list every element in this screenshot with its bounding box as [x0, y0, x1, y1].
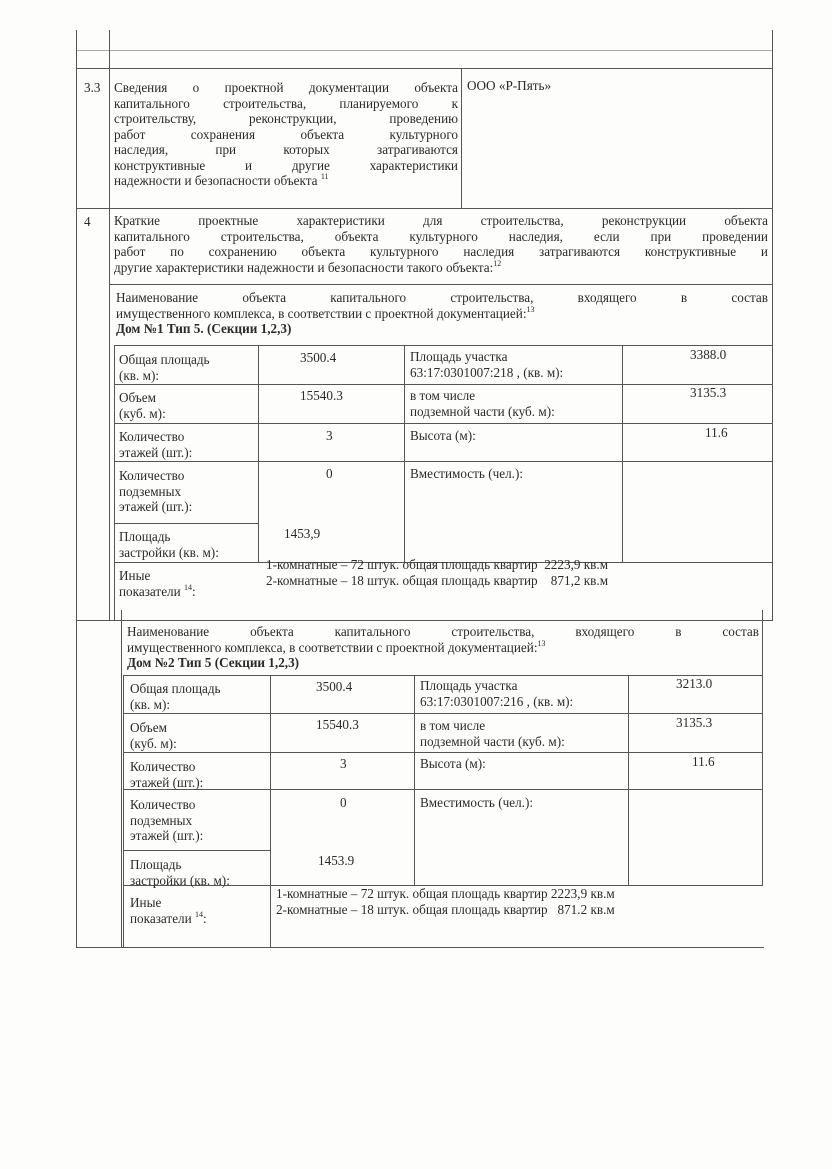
label-line: Количество [119, 429, 192, 445]
table-border [114, 345, 115, 620]
label-line: в том числе [410, 388, 555, 404]
row-3-3-description: Сведения о проектной документации объект… [114, 80, 458, 189]
label-volume: Объем(куб. м): [130, 720, 177, 751]
indicator-line: 2-комнатные – 18 штук. общая площадь ква… [276, 902, 615, 918]
table-border [110, 284, 772, 285]
text-line: другие характеристики надежности и безоп… [114, 260, 768, 276]
text-line: конструктивные и другие характеристики [114, 158, 458, 174]
label-line: этажей (шт.): [130, 828, 203, 844]
other-indicators: 1-комнатные – 72 штук. общая площадь ква… [276, 886, 615, 917]
label-building-area: Площадьзастройки (кв. м): [130, 857, 230, 888]
label-line: этажей (шт.): [119, 445, 192, 461]
value-height: 11.6 [692, 754, 715, 770]
label-underground-floors: Количествоподземныхэтажей (шт.): [130, 797, 203, 844]
table-border [628, 675, 629, 885]
table-border [114, 423, 772, 424]
label-underground-volume: в том числеподземной части (куб. м): [410, 388, 555, 419]
table-border [76, 68, 773, 69]
label-underground-floors: Количествоподземныхэтажей (шт.): [119, 468, 192, 515]
label-line: Площадь [119, 529, 219, 545]
label-floors: Количествоэтажей (шт.): [119, 429, 192, 460]
text-line: строительству, реконструкции, проведению [114, 111, 458, 127]
text-line-content: имущественного комплекса, в соответствии… [116, 306, 527, 321]
label-line: Иные [119, 568, 196, 584]
table-border [404, 345, 405, 563]
label-plot-area: Площадь участка63:17:0301007:218 , (кв. … [410, 349, 563, 380]
label-line: показатели 14: [119, 584, 196, 600]
text-line: Наименование объекта капитального строит… [127, 624, 759, 640]
label-line: подземной части (куб. м): [410, 404, 555, 420]
footnote-ref: 13 [527, 305, 535, 314]
label-height: Высота (м): [420, 756, 486, 772]
footnote-ref: 12 [493, 259, 501, 268]
table-border [762, 610, 763, 886]
value-floors: 3 [326, 428, 333, 444]
footnote-ref: 13 [538, 639, 546, 648]
label-line: Иные [130, 895, 207, 911]
label-line: показатели 14: [130, 911, 207, 927]
label-floors: Количествоэтажей (шт.): [130, 759, 203, 790]
table-border [461, 68, 462, 208]
footnote-ref: 11 [321, 172, 329, 181]
value-volume: 15540.3 [300, 388, 343, 404]
label-line: подземных [119, 484, 192, 500]
label-line: застройки (кв. м): [130, 873, 230, 889]
label-line: застройки (кв. м): [119, 545, 219, 561]
value-total-area: 3500.4 [316, 679, 352, 695]
building-name: Дом №1 Тип 5. (Секции 1,2,3) [116, 321, 768, 337]
table-border [76, 208, 773, 209]
label-total-area: Общая площадь(кв. м): [119, 352, 210, 383]
text-line-content: надежности и безопасности объекта [114, 173, 318, 188]
indicator-line: 1-комнатные – 72 штук. общая площадь ква… [266, 557, 608, 573]
label-other: Иныепоказатели 14: [119, 568, 196, 599]
label-line-content: показатели [130, 911, 192, 926]
row-4-description: Краткие проектные характеристики для стр… [114, 213, 768, 275]
label-other: Иныепоказатели 14: [130, 895, 207, 926]
row-number: 3.3 [84, 80, 100, 96]
table-border [258, 345, 259, 563]
table-border [109, 30, 110, 620]
label-underground-volume: в том числеподземной части (куб. м): [420, 718, 565, 749]
table-border [121, 610, 122, 948]
label-line: 63:17:0301007:216 , (кв. м): [420, 694, 573, 710]
label-line: Площадь участка [410, 349, 563, 365]
text-line: Краткие проектные характеристики для стр… [114, 213, 768, 229]
value-volume: 15540.3 [316, 717, 359, 733]
table-border [622, 345, 623, 563]
value-building-area: 1453.9 [318, 853, 354, 869]
building-2-intro: Наименование объекта капитального строит… [127, 624, 759, 671]
label-line: Общая площадь [130, 681, 221, 697]
table-border [414, 675, 415, 885]
developer-name: ООО «Р-Пять» [467, 78, 551, 94]
table-border [114, 461, 772, 462]
table-border [123, 713, 762, 714]
text-line: капитального строительства, объекта куль… [114, 229, 768, 245]
indicator-line: 2-комнатные – 18 штук. общая площадь ква… [266, 573, 608, 589]
label-volume: Объем(куб. м): [119, 390, 166, 421]
label-line: Объем [119, 390, 166, 406]
label-plot-area: Площадь участка63:17:0301007:216 , (кв. … [420, 678, 573, 709]
value-floors: 3 [340, 756, 347, 772]
value-building-area: 1453,9 [284, 526, 320, 542]
table-border [123, 675, 762, 676]
text-line: надежности и безопасности объекта 11 [114, 173, 458, 189]
label-capacity: Вместимость (чел.): [410, 466, 523, 482]
value-underground-volume: 3135.3 [676, 715, 712, 731]
row-number: 4 [84, 214, 91, 230]
label-height: Высота (м): [410, 428, 476, 444]
text-line: имущественного комплекса, в соответствии… [127, 640, 759, 656]
label-building-area: Площадьзастройки (кв. м): [119, 529, 219, 560]
value-underground-floors: 0 [340, 795, 347, 811]
building-1-intro: Наименование объекта капитального строит… [116, 290, 768, 337]
label-line: (куб. м): [119, 406, 166, 422]
document-page: 3.3 Сведения о проектной документации об… [0, 0, 832, 1169]
text-line: работ сохранения объекта культурного [114, 127, 458, 143]
text-line: капитального строительства, планируемого… [114, 96, 458, 112]
value-plot-area: 3388.0 [690, 347, 726, 363]
indicator-line: 1-комнатные – 72 штук. общая площадь ква… [276, 886, 615, 902]
other-indicators: 1-комнатные – 72 штук. общая площадь ква… [266, 557, 608, 588]
label-line: Количество [130, 759, 203, 775]
label-line: Объем [130, 720, 177, 736]
value-plot-area: 3213.0 [676, 676, 712, 692]
label-line: Количество [119, 468, 192, 484]
label-line: в том числе [420, 718, 565, 734]
label-line-content: показатели [119, 584, 181, 599]
text-line: имущественного комплекса, в соответствии… [116, 306, 768, 322]
label-capacity: Вместимость (чел.): [420, 795, 533, 811]
label-line: этажей (шт.): [119, 499, 192, 515]
table-border [123, 675, 124, 947]
text-line: наследия, при которых затрагиваются [114, 142, 458, 158]
table-border [123, 850, 271, 851]
label-line: этажей (шт.): [130, 775, 203, 791]
value-underground-volume: 3135.3 [690, 385, 726, 401]
label-total-area: Общая площадь(кв. м): [130, 681, 221, 712]
value-total-area: 3500.4 [300, 350, 336, 366]
text-line-content: имущественного комплекса, в соответствии… [127, 640, 538, 655]
table-border [270, 675, 271, 947]
table-border [76, 620, 773, 621]
label-line: 63:17:0301007:218 , (кв. м): [410, 365, 563, 381]
label-line: подземной части (куб. м): [420, 734, 565, 750]
label-line: Площадь участка [420, 678, 573, 694]
table-border [772, 30, 773, 620]
table-border [76, 50, 772, 51]
building-name: Дом №2 Тип 5 (Секции 1,2,3) [127, 655, 759, 671]
table-border [114, 523, 259, 524]
text-line: работ по сохранению объекта культурного … [114, 244, 768, 260]
value-height: 11.6 [705, 425, 728, 441]
label-line: (кв. м): [119, 368, 210, 384]
table-border [123, 789, 762, 790]
value-underground-floors: 0 [326, 466, 333, 482]
table-border [114, 345, 772, 346]
footnote-ref: 14 [184, 583, 192, 592]
label-line: (куб. м): [130, 736, 177, 752]
text-line: Сведения о проектной документации объект… [114, 80, 458, 96]
table-border [76, 30, 77, 948]
text-line: Наименование объекта капитального строит… [116, 290, 768, 306]
footnote-ref: 14 [195, 910, 203, 919]
table-border [123, 752, 762, 753]
text-line-content: другие характеристики надежности и безоп… [114, 260, 493, 275]
label-line: (кв. м): [130, 697, 221, 713]
table-border [76, 947, 764, 948]
label-line: подземных [130, 813, 203, 829]
table-border [114, 384, 772, 385]
label-line: Общая площадь [119, 352, 210, 368]
label-line: Количество [130, 797, 203, 813]
label-line: Площадь [130, 857, 230, 873]
